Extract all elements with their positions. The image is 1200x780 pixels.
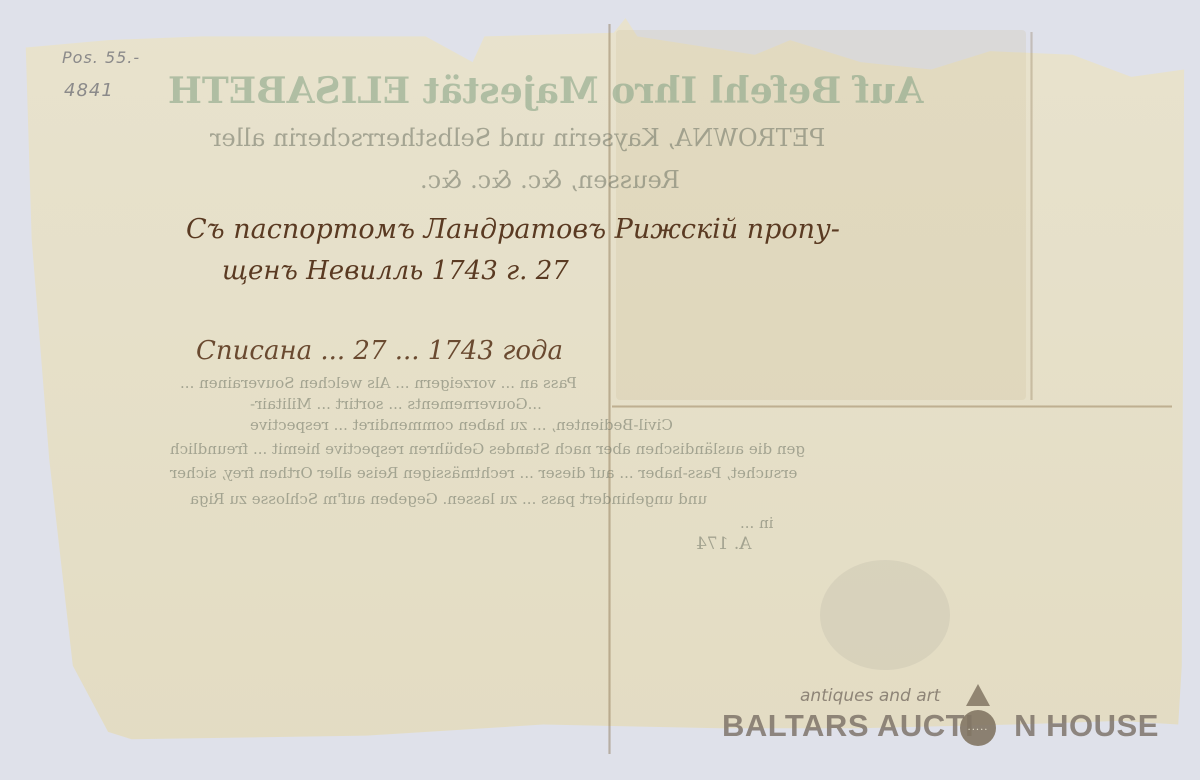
handwritten-annotation: Списана ... 27 ... 1743 года (196, 336, 563, 366)
handwritten-annotation: Съ паспортомъ Ландратовъ Рижскій пропу- (186, 214, 840, 245)
printed-body-line: in ... (740, 514, 774, 532)
printed-title-line: Reussen, &c. &c. &c. (420, 166, 680, 194)
watermark-name-part: N HOUSE (1014, 708, 1159, 743)
printed-body-line: ...Gouvernements ... sortirt ... Militai… (250, 395, 542, 413)
pencil-note: Pos. 55.- (62, 48, 140, 67)
auction-house-watermark: antiques and art BALTARS AUCTIN HOUSE ..… (722, 684, 1142, 764)
horizontal-fold-line (612, 405, 1172, 408)
crown-icon (966, 684, 990, 706)
printed-body-line: gen die ausländischen aber nach Standes … (170, 440, 805, 458)
vertical-fold-line (1030, 32, 1033, 400)
printed-title-line: Auf Befehl Ihro Majestät ELISABETH (168, 70, 923, 112)
printed-body-line: Pass an ... vorzeigern ... Als welchen S… (180, 374, 577, 392)
printed-body-line: und ungehindert pass ... zu lassen. Gege… (190, 490, 707, 508)
printed-body-line: ersuchet, Pass-haber ... auf dieser ... … (170, 464, 797, 482)
watermark-tagline: antiques and art (800, 686, 940, 706)
printed-year-mark: A. 174 (696, 534, 752, 554)
handwritten-annotation: щенъ Невилль 1743 г. 27 (222, 256, 569, 286)
printed-body-line: Civil-Bedienten, ... zu haben commendire… (250, 416, 673, 434)
watermark-name: BALTARS AUCTIN HOUSE (722, 708, 1159, 744)
printed-title-line: PETROWNA, Kayserin und Selbstherrscherin… (210, 124, 825, 152)
watermark-badge-icon: ..... (960, 710, 996, 746)
pencil-note: 4841 (64, 80, 114, 101)
paper-stain (820, 560, 950, 670)
watermark-name-part: BALTARS AUCTI (722, 708, 974, 743)
